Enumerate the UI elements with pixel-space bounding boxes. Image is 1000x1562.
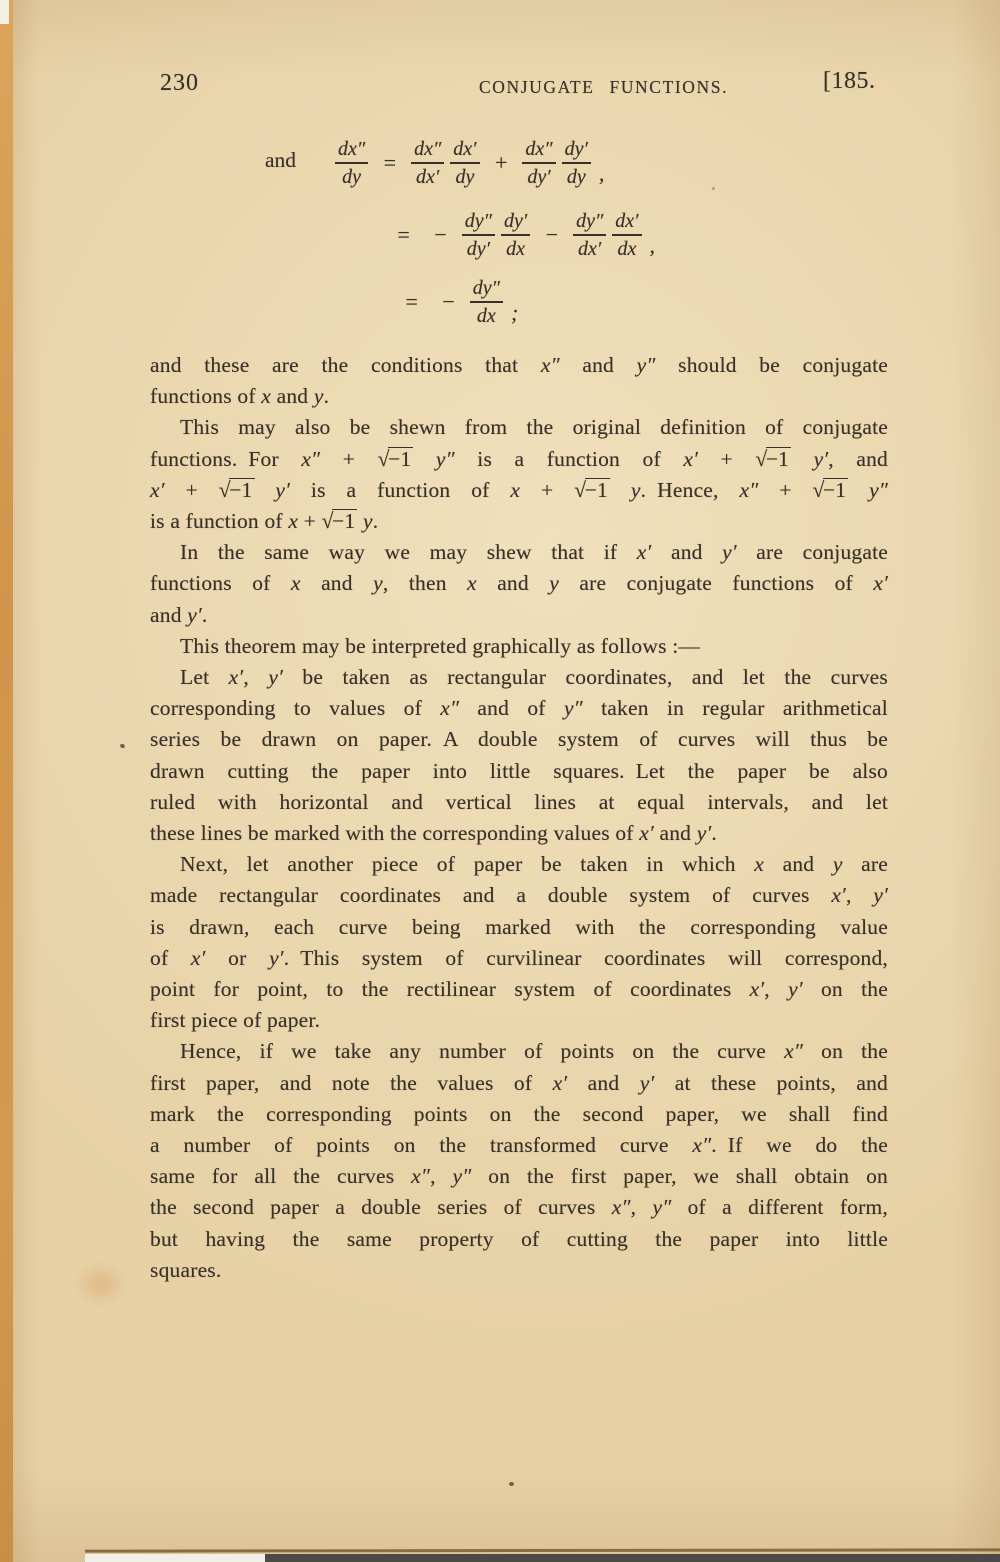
page-number: 230 bbox=[160, 70, 199, 97]
fraction: dy′dx bbox=[501, 209, 530, 261]
math-variable: y′ bbox=[873, 883, 888, 907]
math-variable: x′ bbox=[637, 540, 652, 564]
fraction-numerator: dx′ bbox=[612, 209, 641, 233]
math-operator: − bbox=[433, 222, 448, 248]
math-operator: + bbox=[494, 150, 509, 176]
math-operator: = bbox=[396, 222, 411, 248]
text-line: but having the same property of cutting … bbox=[150, 1224, 888, 1255]
text-line: is drawn, each curve being marked with t… bbox=[150, 912, 888, 943]
fraction-bar bbox=[411, 162, 444, 164]
text-line: Next, let another piece of paper be take… bbox=[150, 849, 888, 880]
fraction: dy″dy′ bbox=[462, 209, 495, 261]
paragraph: Hence, if we take any number of points o… bbox=[150, 1036, 888, 1286]
fraction-numerator: dy′ bbox=[562, 137, 591, 161]
math-variable: x″ bbox=[740, 478, 759, 502]
math-punctuation: ; bbox=[511, 300, 518, 326]
math-variable: y″ bbox=[652, 1195, 671, 1219]
body-text: and these are the conditions that x″ and… bbox=[150, 350, 888, 1286]
math-variable: y′ bbox=[640, 1071, 655, 1095]
text-line: first paper, and note the values of x′ a… bbox=[150, 1068, 888, 1099]
scan-edge-white bbox=[85, 1554, 265, 1562]
paragraph: This may also be shewn from the original… bbox=[150, 412, 888, 537]
fraction-numerator: dx″ bbox=[411, 137, 444, 161]
text-line: This may also be shewn from the original… bbox=[150, 412, 888, 443]
text-line: and these are the conditions that x″ and… bbox=[150, 350, 888, 381]
math-variable: x″ bbox=[301, 447, 320, 471]
fraction: dx″dy bbox=[335, 137, 368, 189]
math-variable: x bbox=[510, 478, 520, 502]
math-variable: x′ bbox=[553, 1071, 568, 1095]
math-variable: y′ bbox=[697, 821, 712, 845]
math-variable: y″ bbox=[564, 696, 583, 720]
math-variable: x′ bbox=[639, 821, 654, 845]
text-line: functions of x and y, then x and y are c… bbox=[150, 568, 888, 599]
math-variable: x′ bbox=[750, 977, 765, 1001]
radical-sign: √−1 bbox=[378, 447, 414, 471]
math-operator: − bbox=[544, 222, 559, 248]
math-punctuation: , bbox=[650, 233, 656, 259]
text-line: mark the corresponding points on the sec… bbox=[150, 1099, 888, 1130]
fraction-bar bbox=[573, 234, 606, 236]
fraction-denominator: dy bbox=[564, 165, 589, 189]
math-variable: x″ bbox=[541, 353, 560, 377]
text-line: corresponding to values of x″ and of y″ … bbox=[150, 693, 888, 724]
math-operator: = bbox=[404, 289, 419, 315]
fraction: dy″dx bbox=[470, 276, 503, 328]
math-variable: x′ bbox=[831, 883, 846, 907]
fraction-bar bbox=[470, 301, 503, 303]
text-line: the second paper a double series of curv… bbox=[150, 1192, 888, 1223]
fraction-bar bbox=[501, 234, 530, 236]
text-line: these lines be marked with the correspon… bbox=[150, 818, 888, 849]
math-variable: y″ bbox=[436, 447, 455, 471]
fraction: dx″dy′ bbox=[522, 137, 555, 189]
text-line: of x′ or y′. This system of curvilinear … bbox=[150, 943, 888, 974]
text-line: This theorem may be interpreted graphica… bbox=[150, 631, 888, 662]
fraction-bar bbox=[335, 162, 368, 164]
fraction-numerator: dy″ bbox=[470, 276, 503, 300]
math-variable: y bbox=[363, 509, 373, 533]
text-line: squares. bbox=[150, 1255, 888, 1286]
fraction: dy′dy bbox=[562, 137, 591, 189]
scan-edge-dark bbox=[265, 1554, 1000, 1562]
paper-speck bbox=[119, 743, 125, 749]
paragraph: and these are the conditions that x″ and… bbox=[150, 350, 888, 412]
fraction-numerator: dy″ bbox=[573, 209, 606, 233]
fraction-numerator: dx″ bbox=[335, 137, 368, 161]
math-variable: y′ bbox=[268, 665, 283, 689]
equation-line: =−dy″dx; bbox=[396, 276, 518, 328]
paragraph: Next, let another piece of paper be take… bbox=[150, 849, 888, 1036]
equation-and-label: and bbox=[265, 148, 296, 173]
running-title: CONJUGATE FUNCTIONS. bbox=[479, 77, 728, 98]
scan-corner-gap bbox=[0, 0, 9, 24]
math-variable: x″ bbox=[411, 1164, 430, 1188]
text-line: made rectangular coordinates and a doubl… bbox=[150, 880, 888, 911]
math-variable: x bbox=[754, 852, 764, 876]
fraction-bar bbox=[522, 162, 555, 164]
text-line: Let x′, y′ be taken as rectangular coord… bbox=[150, 662, 888, 693]
math-variable: x′ bbox=[229, 665, 244, 689]
paper-stain bbox=[75, 1262, 127, 1306]
fraction-denominator: dx bbox=[503, 237, 528, 261]
text-line: In the same way we may shew that if x′ a… bbox=[150, 537, 888, 568]
math-variable: x′ bbox=[191, 946, 206, 970]
math-operator: = bbox=[382, 150, 397, 176]
fraction-numerator: dy′ bbox=[501, 209, 530, 233]
math-variable: y′ bbox=[788, 977, 803, 1001]
fraction-denominator: dy bbox=[452, 165, 477, 189]
bottom-rule-line bbox=[85, 1548, 1000, 1552]
fraction-denominator: dy′ bbox=[524, 165, 553, 189]
math-variable: y′ bbox=[187, 603, 202, 627]
math-variable: x″ bbox=[784, 1039, 803, 1063]
math-variable: x′ bbox=[150, 478, 165, 502]
text-line: Hence, if we take any number of points o… bbox=[150, 1036, 888, 1067]
math-variable: y′ bbox=[814, 447, 829, 471]
equation-line: dx″dy=dx″dx′dx′dy+dx″dy′dy′dy, bbox=[335, 137, 604, 189]
math-variable: x″ bbox=[692, 1133, 711, 1157]
radical-sign: √−1 bbox=[322, 509, 358, 533]
math-variable: y″ bbox=[869, 478, 888, 502]
math-variable: y bbox=[549, 571, 559, 595]
radical-sign: √−1 bbox=[219, 478, 255, 502]
math-variable: y″ bbox=[453, 1164, 472, 1188]
math-variable: x bbox=[291, 571, 301, 595]
fraction-numerator: dx′ bbox=[450, 137, 479, 161]
fraction: dx″dx′ bbox=[411, 137, 444, 189]
paragraph: Let x′, y′ be taken as rectangular coord… bbox=[150, 662, 888, 849]
text-line: point for point, to the rectilinear syst… bbox=[150, 974, 888, 1005]
math-variable: y′ bbox=[722, 540, 737, 564]
text-line: drawn cutting the paper into little squa… bbox=[150, 756, 888, 787]
fraction-denominator: dx bbox=[474, 304, 499, 328]
fraction-numerator: dx″ bbox=[522, 137, 555, 161]
fraction-denominator: dy′ bbox=[464, 237, 493, 261]
math-variable: y bbox=[314, 384, 324, 408]
text-line: x′ + √−1 y′ is a function of x + √−1 y. … bbox=[150, 475, 888, 506]
fraction-denominator: dx′ bbox=[575, 237, 604, 261]
fraction-bar bbox=[612, 234, 641, 236]
math-punctuation: , bbox=[599, 161, 605, 187]
fraction: dy″dx′ bbox=[573, 209, 606, 261]
math-variable: x bbox=[261, 384, 271, 408]
page-edge-strip bbox=[0, 0, 13, 1562]
equation-line: =−dy″dy′dy′dx−dy″dx′dx′dx, bbox=[388, 209, 655, 261]
math-variable: x′ bbox=[683, 447, 698, 471]
math-variable: x″ bbox=[440, 696, 459, 720]
radical-sign: √−1 bbox=[755, 447, 791, 471]
math-variable: y bbox=[373, 571, 383, 595]
fraction-bar bbox=[462, 234, 495, 236]
radical-sign: √−1 bbox=[574, 478, 610, 502]
fraction-bar bbox=[450, 162, 479, 164]
math-variable: y bbox=[631, 478, 641, 502]
text-line: first piece of paper. bbox=[150, 1005, 888, 1036]
math-variable: y′ bbox=[269, 946, 284, 970]
fraction-denominator: dx′ bbox=[413, 165, 442, 189]
paper-speck bbox=[509, 1482, 514, 1486]
text-line: functions of x and y. bbox=[150, 381, 888, 412]
fraction-denominator: dy bbox=[339, 165, 364, 189]
fraction: dx′dx bbox=[612, 209, 641, 261]
math-variable: x′ bbox=[873, 571, 888, 595]
text-line: same for all the curves x″, y″ on the fi… bbox=[150, 1161, 888, 1192]
radical-sign: √−1 bbox=[812, 478, 848, 502]
text-line: is a function of x + √−1 y. bbox=[150, 506, 888, 537]
fraction-numerator: dy″ bbox=[462, 209, 495, 233]
math-variable: y bbox=[833, 852, 843, 876]
math-operator: − bbox=[441, 289, 456, 315]
math-variable: y′ bbox=[275, 478, 290, 502]
paragraph: This theorem may be interpreted graphica… bbox=[150, 631, 888, 662]
math-variable: x″ bbox=[612, 1195, 631, 1219]
math-variable: x bbox=[467, 571, 477, 595]
text-line: ruled with horizontal and vertical lines… bbox=[150, 787, 888, 818]
math-variable: x bbox=[288, 509, 298, 533]
text-line: and y′. bbox=[150, 600, 888, 631]
text-line: a number of points on the transformed cu… bbox=[150, 1130, 888, 1161]
text-line: series be drawn on paper. A double syste… bbox=[150, 724, 888, 755]
math-variable: y″ bbox=[637, 353, 656, 377]
fraction-denominator: dx bbox=[614, 237, 639, 261]
text-line: functions. For x″ + √−1 y″ is a function… bbox=[150, 444, 888, 475]
fraction-bar bbox=[562, 162, 591, 164]
paragraph: In the same way we may shew that if x′ a… bbox=[150, 537, 888, 631]
fraction: dx′dy bbox=[450, 137, 479, 189]
paper-speck bbox=[712, 187, 715, 190]
section-number: [185. bbox=[823, 68, 876, 95]
book-page-scan: 230 CONJUGATE FUNCTIONS. [185. and dx″dy… bbox=[0, 0, 1000, 1562]
